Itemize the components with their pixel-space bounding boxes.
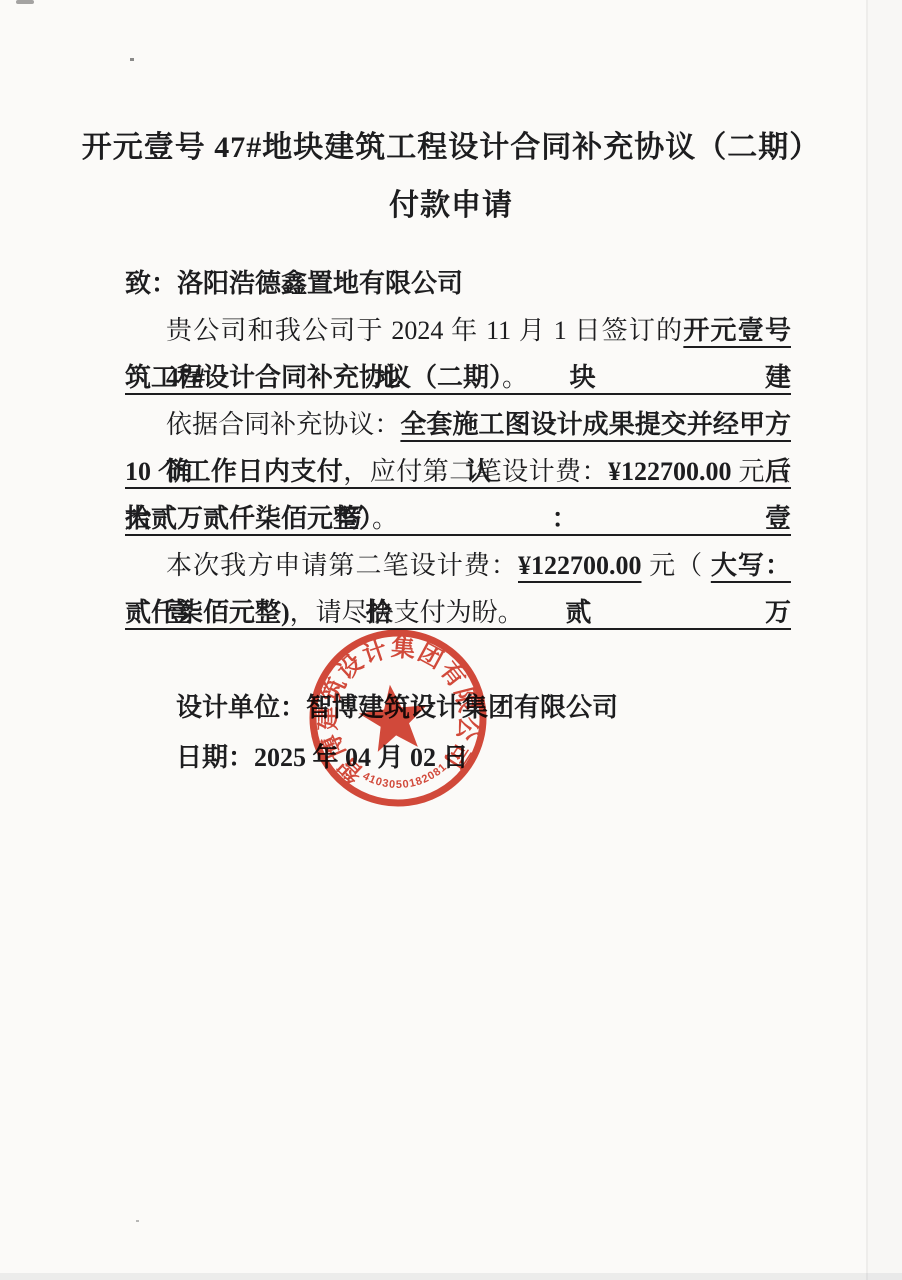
text-segment: 贵公司和我公司于 2024 年 11 月 1 日签订的 [166, 316, 683, 345]
company-seal-stamp: 智博建筑设计集团有限公司 4103050182081 [284, 604, 511, 831]
paper-speck [16, 0, 34, 4]
document-body: 致：洛阳浩德鑫置地有限公司贵公司和我公司于 2024 年 11 月 1 日签订的… [125, 260, 791, 636]
paper-bottom-edge [0, 1273, 902, 1280]
text-segment: 10 个工作日内支付 [125, 457, 343, 486]
document-title: 开元壹号 47#地块建筑工程设计合同补充协议（二期） [0, 122, 902, 166]
text-segment: 。 [372, 504, 398, 533]
text-line: 10 个工作日内支付，应付第二笔设计费：¥122700.00 元（ 大写：壹 [125, 448, 791, 495]
document-page: 开元壹号 47#地块建筑工程设计合同补充协议（二期） 付款申请 致：洛阳浩德鑫置… [0, 0, 902, 1280]
paper-speck [136, 1220, 139, 1222]
text-segment: 贰仟柒佰元整) [125, 598, 290, 627]
text-line: 致：洛阳浩德鑫置地有限公司 [125, 260, 791, 307]
text-segment: ¥122700.00 [608, 457, 732, 486]
text-line: 依据合同补充协议：全套施工图设计成果提交并经甲方确认后 [125, 401, 791, 448]
document-subtitle: 付款申请 [0, 180, 902, 224]
seal-star-icon [356, 681, 432, 754]
paper-speck [130, 58, 134, 61]
text-line: 贵公司和我公司于 2024 年 11 月 1 日签订的开元壹号 47#地块建 [125, 307, 791, 354]
text-segment: 拾贰万贰仟柒佰元整） [125, 504, 372, 533]
text-segment: ，应付第二笔设计费： [343, 457, 608, 486]
text-segment: 依据合同补充协议： [166, 410, 400, 439]
text-segment: 筑工程设计合同补充协议（二期） [125, 363, 502, 392]
text-line: 本次我方申请第二笔设计费：¥122700.00 元（ 大写：壹拾贰万 [125, 542, 791, 589]
text-segment: 致：洛阳浩德鑫置地有限公司 [125, 269, 463, 298]
text-segment: ¥122700.00 [518, 551, 642, 580]
text-segment: 元（ [732, 457, 791, 486]
text-segment: 元（ [642, 551, 711, 580]
text-segment: 。 [502, 363, 528, 392]
text-segment: 本次我方申请第二笔设计费： [166, 551, 518, 580]
